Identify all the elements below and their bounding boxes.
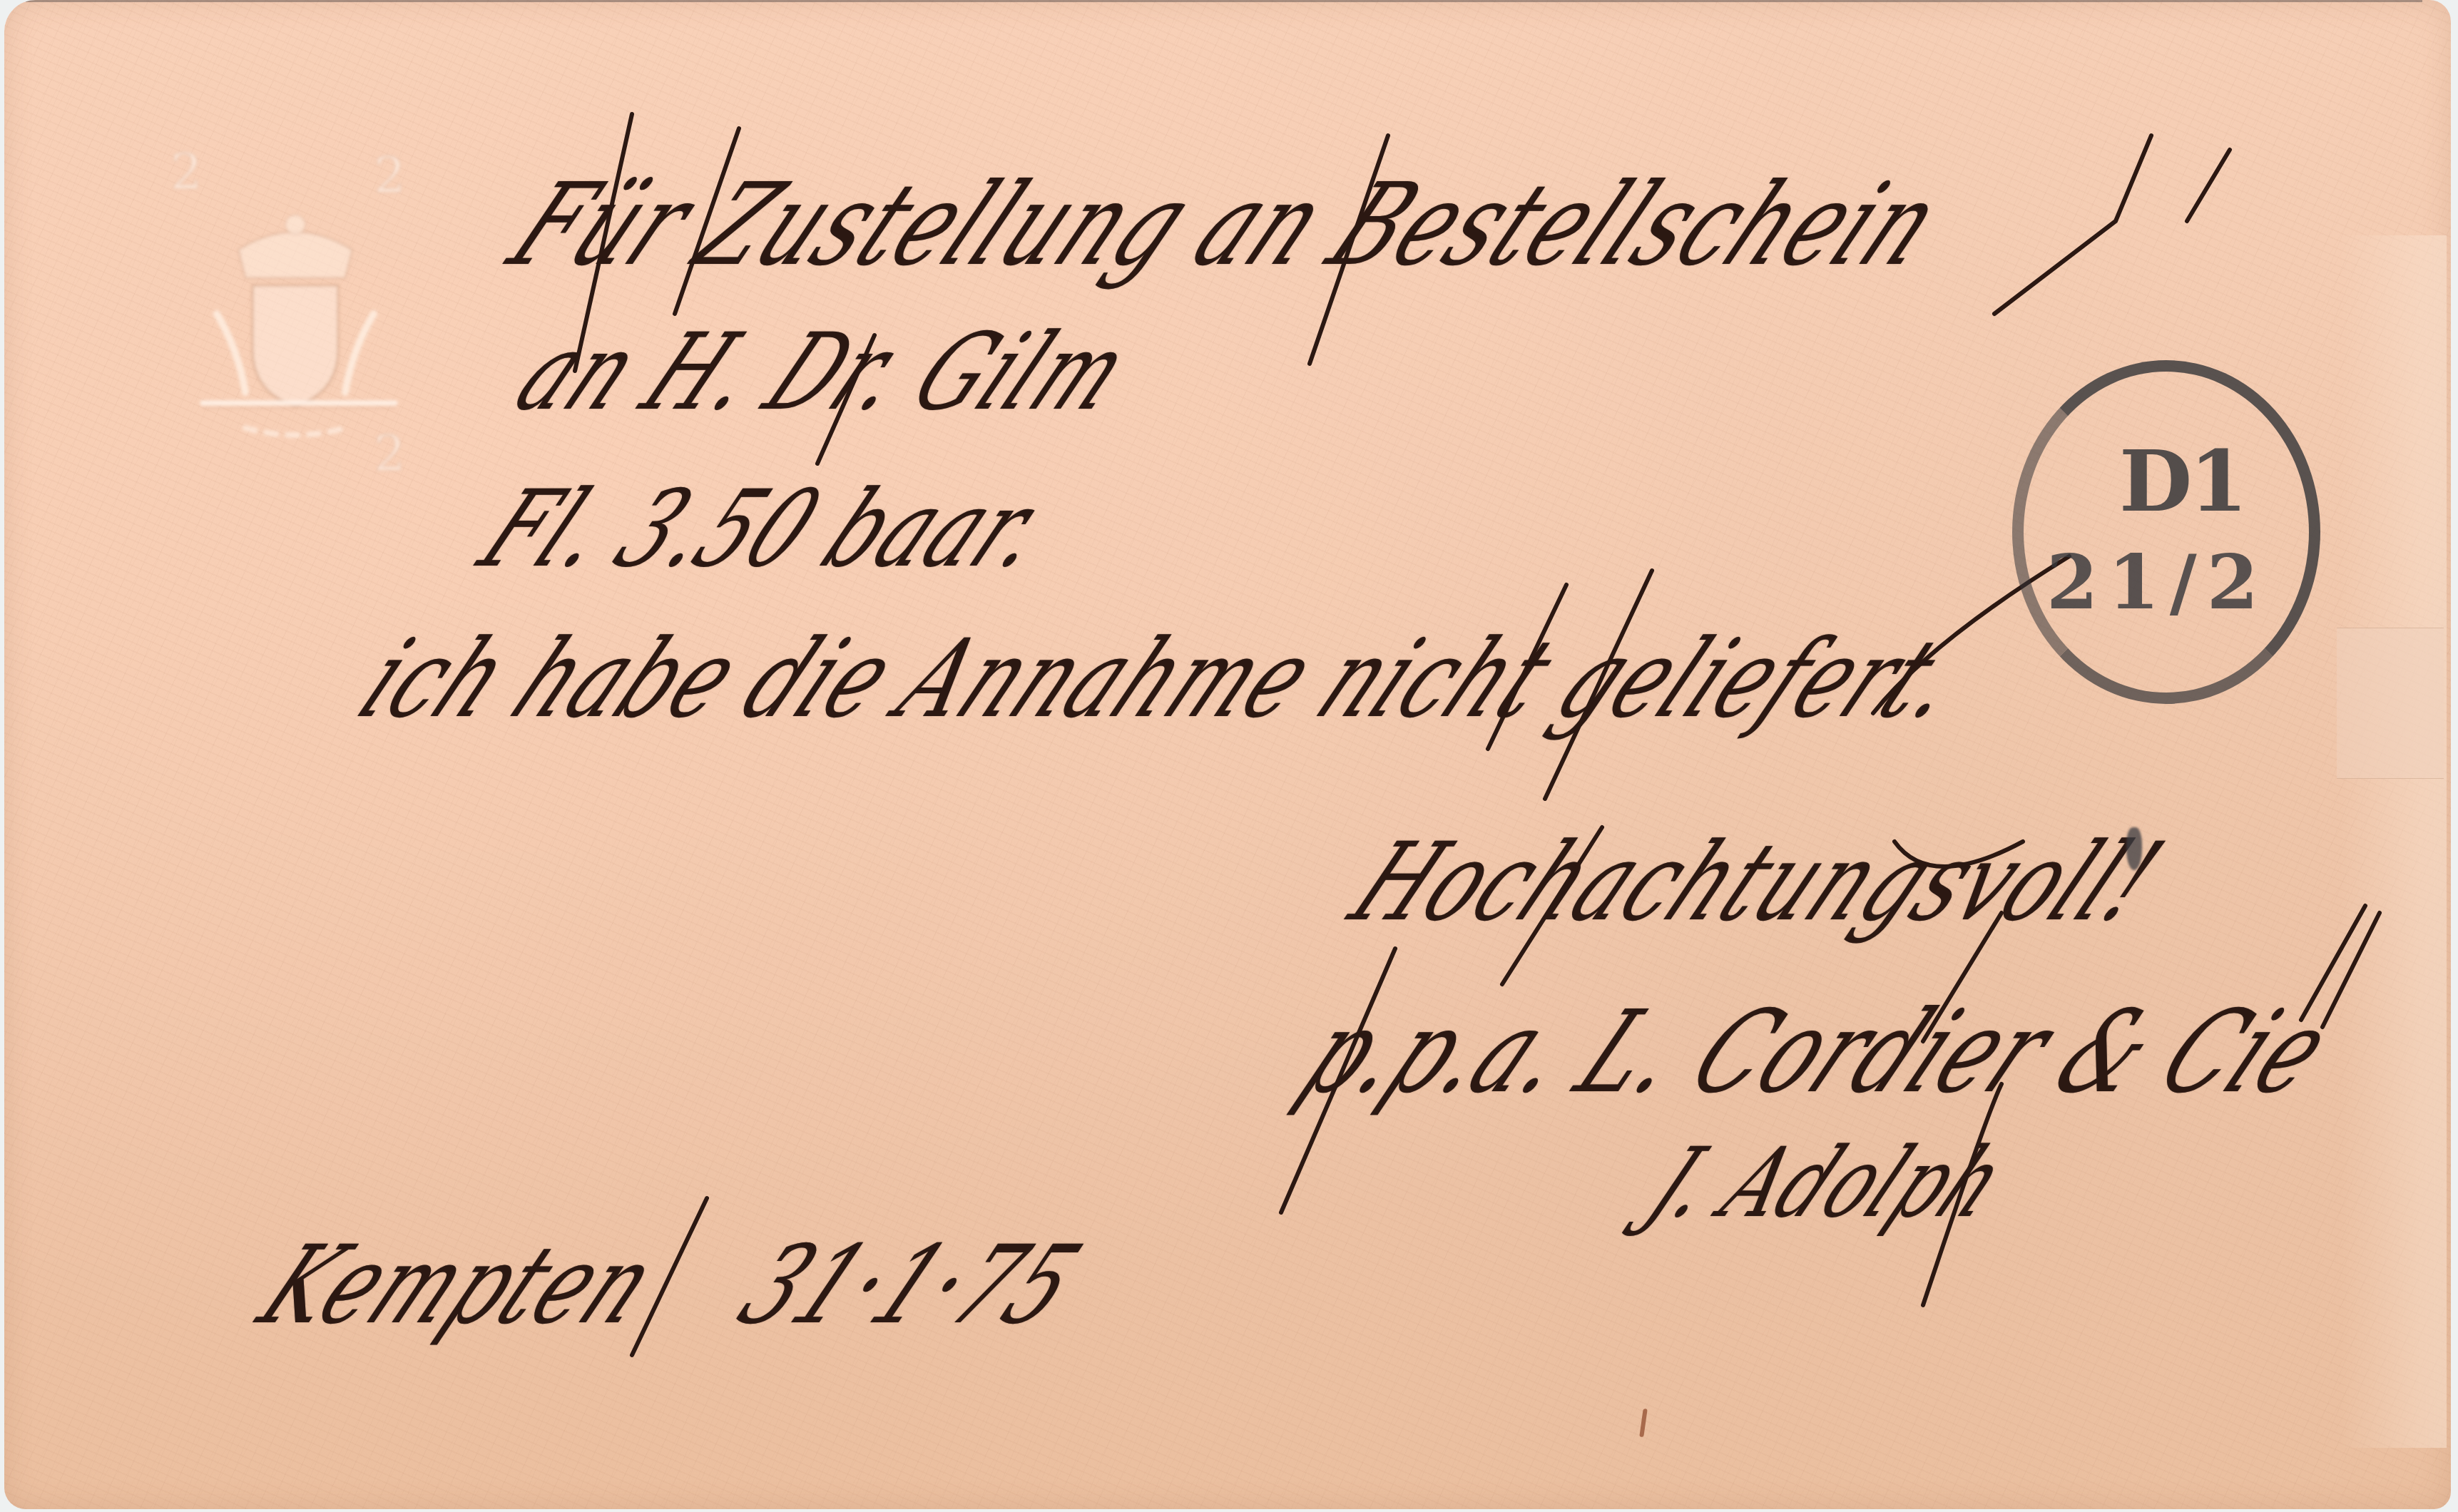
signature-name: J. Adolph — [1631, 1126, 2026, 1239]
embossed-coat-of-arms-icon: 2 2 2 — [160, 136, 431, 492]
postmark: D1 21/2 — [2012, 360, 2326, 710]
dateline-date: 31·1·75 — [720, 1223, 1101, 1349]
dateline: Kempten 31·1·75 — [240, 1223, 1101, 1349]
message-line-4: ich habe die Annahme nicht geliefert. — [340, 617, 1987, 742]
dateline-place: Kempten — [240, 1223, 679, 1349]
postmark-code: D1 — [2119, 431, 2245, 531]
card-top-edge — [26, 0, 2422, 2]
ink-blot — [2126, 827, 2142, 870]
svg-text:2: 2 — [170, 143, 203, 201]
closing-greeting: Hochachtungsvoll! — [1331, 820, 2183, 946]
paper-fold-strip — [2340, 235, 2447, 1448]
postmark-date: 21/2 — [2046, 538, 2268, 626]
postmark-ring — [2012, 360, 2320, 704]
message-line-3: Fl. 3.50 baar. — [461, 467, 1073, 591]
message-line-1: Für Zustellung an Bestellschein — [489, 158, 1965, 291]
svg-text:2: 2 — [374, 146, 406, 205]
svg-text:2: 2 — [374, 424, 406, 483]
paper-repair-patch — [2337, 628, 2444, 779]
ink-speck — [1639, 1409, 1648, 1437]
signature-firm: p.p.a. L. Cordier & Cie — [1281, 986, 2355, 1118]
message-line-2: an H. Dr. Gilm — [496, 310, 1151, 434]
postcard: 2 2 2 Für Zustellung an Bestellschein an… — [4, 0, 2451, 1509]
